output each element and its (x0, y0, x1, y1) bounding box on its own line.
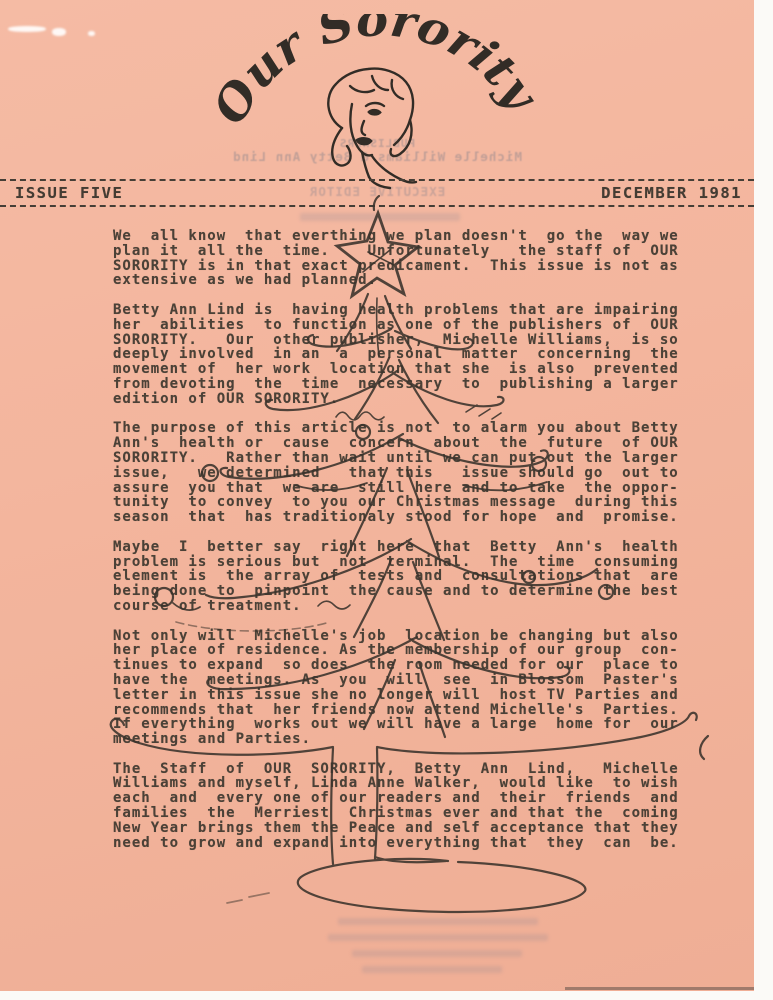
dashed-rule-top (0, 179, 754, 181)
body-paragraph: The purpose of this article is not to al… (113, 421, 679, 525)
ink-bleed-smudge (352, 950, 522, 957)
paper-scuff-mark (52, 28, 66, 36)
woman-face-icon (328, 69, 416, 188)
body-paragraph: The Staff of OUR SORORITY, Betty Ann Lin… (113, 762, 679, 851)
body-paragraph: Maybe I better say right here that Betty… (113, 540, 679, 614)
masthead: Our Sorority (150, 14, 590, 204)
body-paragraph: We all know that everthing we plan doesn… (113, 229, 679, 288)
scanned-newsletter-page: PUBLISHERS Michelle Williams & Betty Ann… (0, 0, 773, 1000)
ink-bleed-smudge (328, 934, 548, 941)
ink-bleed-smudge (362, 966, 502, 973)
issue-label: ISSUE FIVE (15, 184, 123, 202)
dashed-rule-bottom (0, 205, 754, 207)
paper-scuff-mark (8, 26, 46, 32)
paper-scuff-mark (88, 31, 95, 36)
ink-bleed-smudge (300, 213, 460, 221)
date-label: DECEMBER 1981 (601, 184, 742, 202)
body-paragraph: Betty Ann Lind is having health problems… (113, 303, 679, 407)
body-paragraph: Not only will Michelle's job location be… (113, 629, 679, 747)
issue-bar: ISSUE FIVE DECEMBER 1981 (15, 184, 742, 202)
ink-bleed-smudge (338, 918, 538, 925)
article-body: We all know that everthing we plan doesn… (113, 229, 679, 865)
page-bottom-edge-shadow (565, 987, 754, 990)
newsletter-sheet: PUBLISHERS Michelle Williams & Betty Ann… (0, 0, 754, 991)
